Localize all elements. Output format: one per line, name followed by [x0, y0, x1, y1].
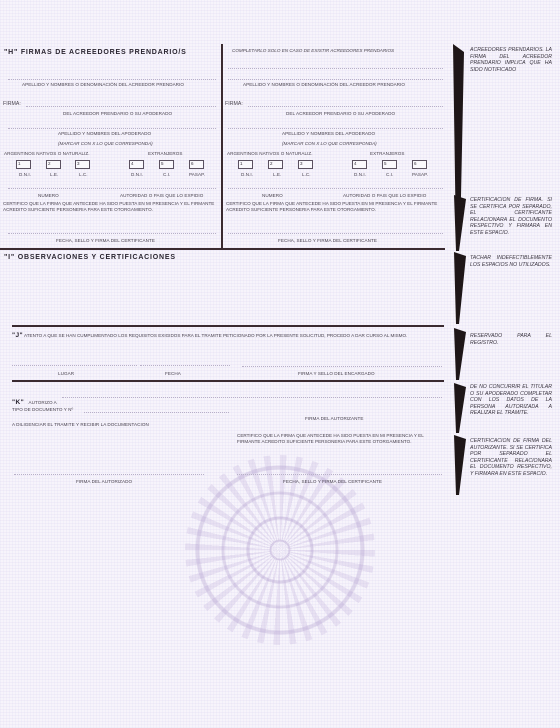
proxy-name-line[interactable] — [228, 128, 443, 129]
date-line[interactable] — [140, 365, 230, 366]
checkbox-number: 3 — [300, 161, 303, 166]
foreigners-label: EXTRANJEROS — [370, 151, 405, 156]
place-line[interactable] — [12, 365, 137, 366]
authorized-caption: FIRMA DEL AUTORIZADO — [76, 479, 132, 484]
k-certify-text: CERTIFICO QUE LA FIRMA QUE ANTECEDE HA S… — [237, 433, 442, 445]
observations-area[interactable] — [4, 266, 442, 324]
number-line[interactable] — [8, 188, 216, 189]
doc-type-line[interactable] — [84, 412, 229, 413]
side-note-cross-out: TACHAR INDEFECTIBLEMENTE LOS ESPACIOS NO… — [470, 255, 552, 268]
checkbox-number: 1 — [18, 161, 21, 166]
authority-label: AUTORIDAD O PAIS QUE LO EXPIDIO — [120, 193, 203, 198]
doc-label: L.C. — [302, 172, 311, 177]
place-label: LUGAR — [58, 371, 74, 376]
k-certifier-caption: FECHA, SELLO Y FIRMA DEL CERTIFICANTE — [283, 479, 382, 484]
doc-type-label: TIPO DE DOCUMENTO Y Nº — [12, 407, 73, 412]
doc-label: L.E. — [273, 172, 281, 177]
section-h-title: "H" FIRMAS DE ACREEDORES PRENDARIO/S — [4, 49, 187, 56]
checkbox-number: 2 — [48, 161, 51, 166]
authorized-signature-line[interactable] — [14, 474, 204, 475]
officer-label: FIRMA Y SELLO DEL ENCARGADO — [298, 371, 375, 376]
doc-checkbox-foreign-dni[interactable]: 4 — [352, 160, 367, 169]
wedge-marker-icon — [450, 195, 470, 251]
creditor-name-label: APELLIDO Y NOMBRES O DENOMINACIÓN DEL AC… — [22, 82, 184, 87]
doc-checkbox-lc[interactable]: 3 — [298, 160, 313, 169]
doc-checkbox-le[interactable]: 2 — [268, 160, 283, 169]
checkbox-number: 6 — [414, 161, 417, 166]
creditor-name-label: APELLIDO Y NOMBRES O DENOMINACIÓN DEL AC… — [243, 82, 405, 87]
natives-label: ARGENTINOS NATIVOS O NATURALIZ. — [227, 151, 313, 156]
doc-label: PASAP. — [189, 172, 205, 177]
number-label: NUMERO — [38, 193, 59, 198]
wedge-marker-icon — [450, 383, 470, 433]
section-divider — [0, 248, 445, 250]
number-line[interactable] — [228, 188, 443, 189]
doc-checkbox-passport[interactable]: 6 — [189, 160, 204, 169]
officer-signature-line[interactable] — [242, 366, 442, 367]
proxy-name-line[interactable] — [8, 128, 216, 129]
wedge-marker-icon — [450, 435, 470, 495]
doc-checkbox-ci[interactable]: 5 — [159, 160, 174, 169]
mark-instruction: (MARCAR CON X LO QUE CORRESPONDA) — [58, 141, 153, 146]
column-divider — [221, 44, 223, 248]
wedge-marker-icon — [450, 328, 470, 380]
date-label: FECHA — [165, 371, 181, 376]
section-divider — [12, 380, 444, 382]
certifier-line[interactable] — [8, 233, 216, 234]
section-k-label: "K" — [12, 399, 24, 406]
creditor-name-line[interactable] — [228, 79, 443, 80]
checkbox-number: 6 — [191, 161, 194, 166]
doc-checkbox-ci[interactable]: 5 — [382, 160, 397, 169]
doc-checkbox-passport[interactable]: 6 — [412, 160, 427, 169]
doc-label: PASAP. — [412, 172, 428, 177]
checkbox-number: 5 — [384, 161, 387, 166]
checkbox-number: 4 — [131, 161, 134, 166]
section-j-text: "J" ATENTO A QUE SE HAN CUMPLIMENTADO LO… — [12, 333, 442, 339]
natives-label: ARGENTINOS NATIVOS O NATURALIZ. — [4, 151, 90, 156]
certify-text: CERTIFICO QUE LA FIRMA QUE ANTECEDE HA S… — [226, 201, 442, 213]
signature-label: FIRMA: — [3, 101, 21, 107]
checkbox-number: 5 — [161, 161, 164, 166]
section-j-label: "J" — [12, 332, 23, 339]
signature-label: FIRMA: — [225, 101, 243, 107]
authorizer-caption: FIRMA DEL AUTORIZANTE — [305, 416, 363, 421]
authorized-person-line[interactable] — [62, 397, 442, 398]
doc-checkbox-dni[interactable]: 1 — [238, 160, 253, 169]
checkbox-number: 4 — [354, 161, 357, 166]
doc-checkbox-dni[interactable]: 1 — [16, 160, 31, 169]
checkbox-number: 1 — [240, 161, 243, 166]
wedge-marker-icon — [450, 252, 470, 324]
certifier-caption: FECHA, SELLO Y FIRMA DEL CERTIFICANTE — [56, 238, 155, 243]
certifier-line[interactable] — [228, 233, 443, 234]
side-note-authorizer-certification: CERTIFICACION DE FIRMA DEL AUTORIZANTE. … — [470, 438, 552, 478]
authorize-label: AUTORIZO A — [29, 400, 57, 405]
section-j-statement: ATENTO A QUE SE HAN CUMPLIMENTADO LOS RE… — [24, 333, 407, 338]
doc-label: L.E. — [50, 172, 58, 177]
side-note-registry: RESERVADO PARA EL REGISTRO. — [470, 333, 552, 346]
signature-caption: DEL ACREEDOR PRENDARIO O SU APODERADO — [63, 111, 172, 116]
section-divider — [12, 325, 444, 327]
side-note-creditors: ACREEDORES PRENDARIOS. LA FIRMA DEL ACRE… — [470, 47, 552, 73]
mark-instruction: (MARCAR CON X LO QUE CORRESPONDA) — [282, 141, 377, 146]
proxy-name-label: APELLIDO Y NOMBRES DEL APODERADO — [282, 131, 375, 136]
foreigners-label: EXTRANJEROS — [148, 151, 183, 156]
divider — [228, 68, 443, 69]
doc-label: C.I. — [386, 172, 393, 177]
checkbox-number: 2 — [270, 161, 273, 166]
side-note-authorization: DE NO CONCURRIR EL TITULAR O SU APODERAD… — [470, 384, 552, 417]
signature-line[interactable] — [248, 106, 443, 107]
doc-checkbox-foreign-dni[interactable]: 4 — [129, 160, 144, 169]
authority-label: AUTORIDAD O PAIS QUE LO EXPIDIO — [343, 193, 426, 198]
doc-label: D.N.I. — [131, 172, 143, 177]
doc-label: C.I. — [163, 172, 170, 177]
checkbox-number: 3 — [77, 161, 80, 166]
doc-label: D.N.I. — [241, 172, 253, 177]
certify-text: CERTIFICO QUE LA FIRMA QUE ANTECEDE HA S… — [3, 201, 216, 213]
proxy-name-label: APELLIDO Y NOMBRES DEL APODERADO — [58, 131, 151, 136]
doc-label: D.N.I. — [19, 172, 31, 177]
side-note-certification: CERTIFICACION DE FIRMA. SI SE CERTIFICA … — [470, 197, 552, 237]
doc-label: L.C. — [79, 172, 88, 177]
creditor-name-line[interactable] — [8, 79, 216, 80]
doc-checkbox-le[interactable]: 2 — [46, 160, 61, 169]
number-label: NUMERO — [262, 193, 283, 198]
signature-line[interactable] — [26, 106, 216, 107]
purpose-text: A DILIGENCIAR EL TRAMITE Y RECIBIR LA DO… — [12, 422, 149, 427]
doc-label: D.N.I. — [354, 172, 366, 177]
section-i-title: "I" OBSERVACIONES Y CERTIFICACIONES — [4, 254, 176, 261]
k-certifier-line[interactable] — [237, 474, 442, 475]
certifier-caption: FECHA, SELLO Y FIRMA DEL CERTIFICANTE — [278, 238, 377, 243]
section-h-right-note: COMPLETARLO SOLO EN CASO DE EXISTIR ACRE… — [232, 48, 394, 53]
doc-checkbox-lc[interactable]: 3 — [75, 160, 90, 169]
signature-caption: DEL ACREEDOR PRENDARIO O SU APODERADO — [286, 111, 395, 116]
